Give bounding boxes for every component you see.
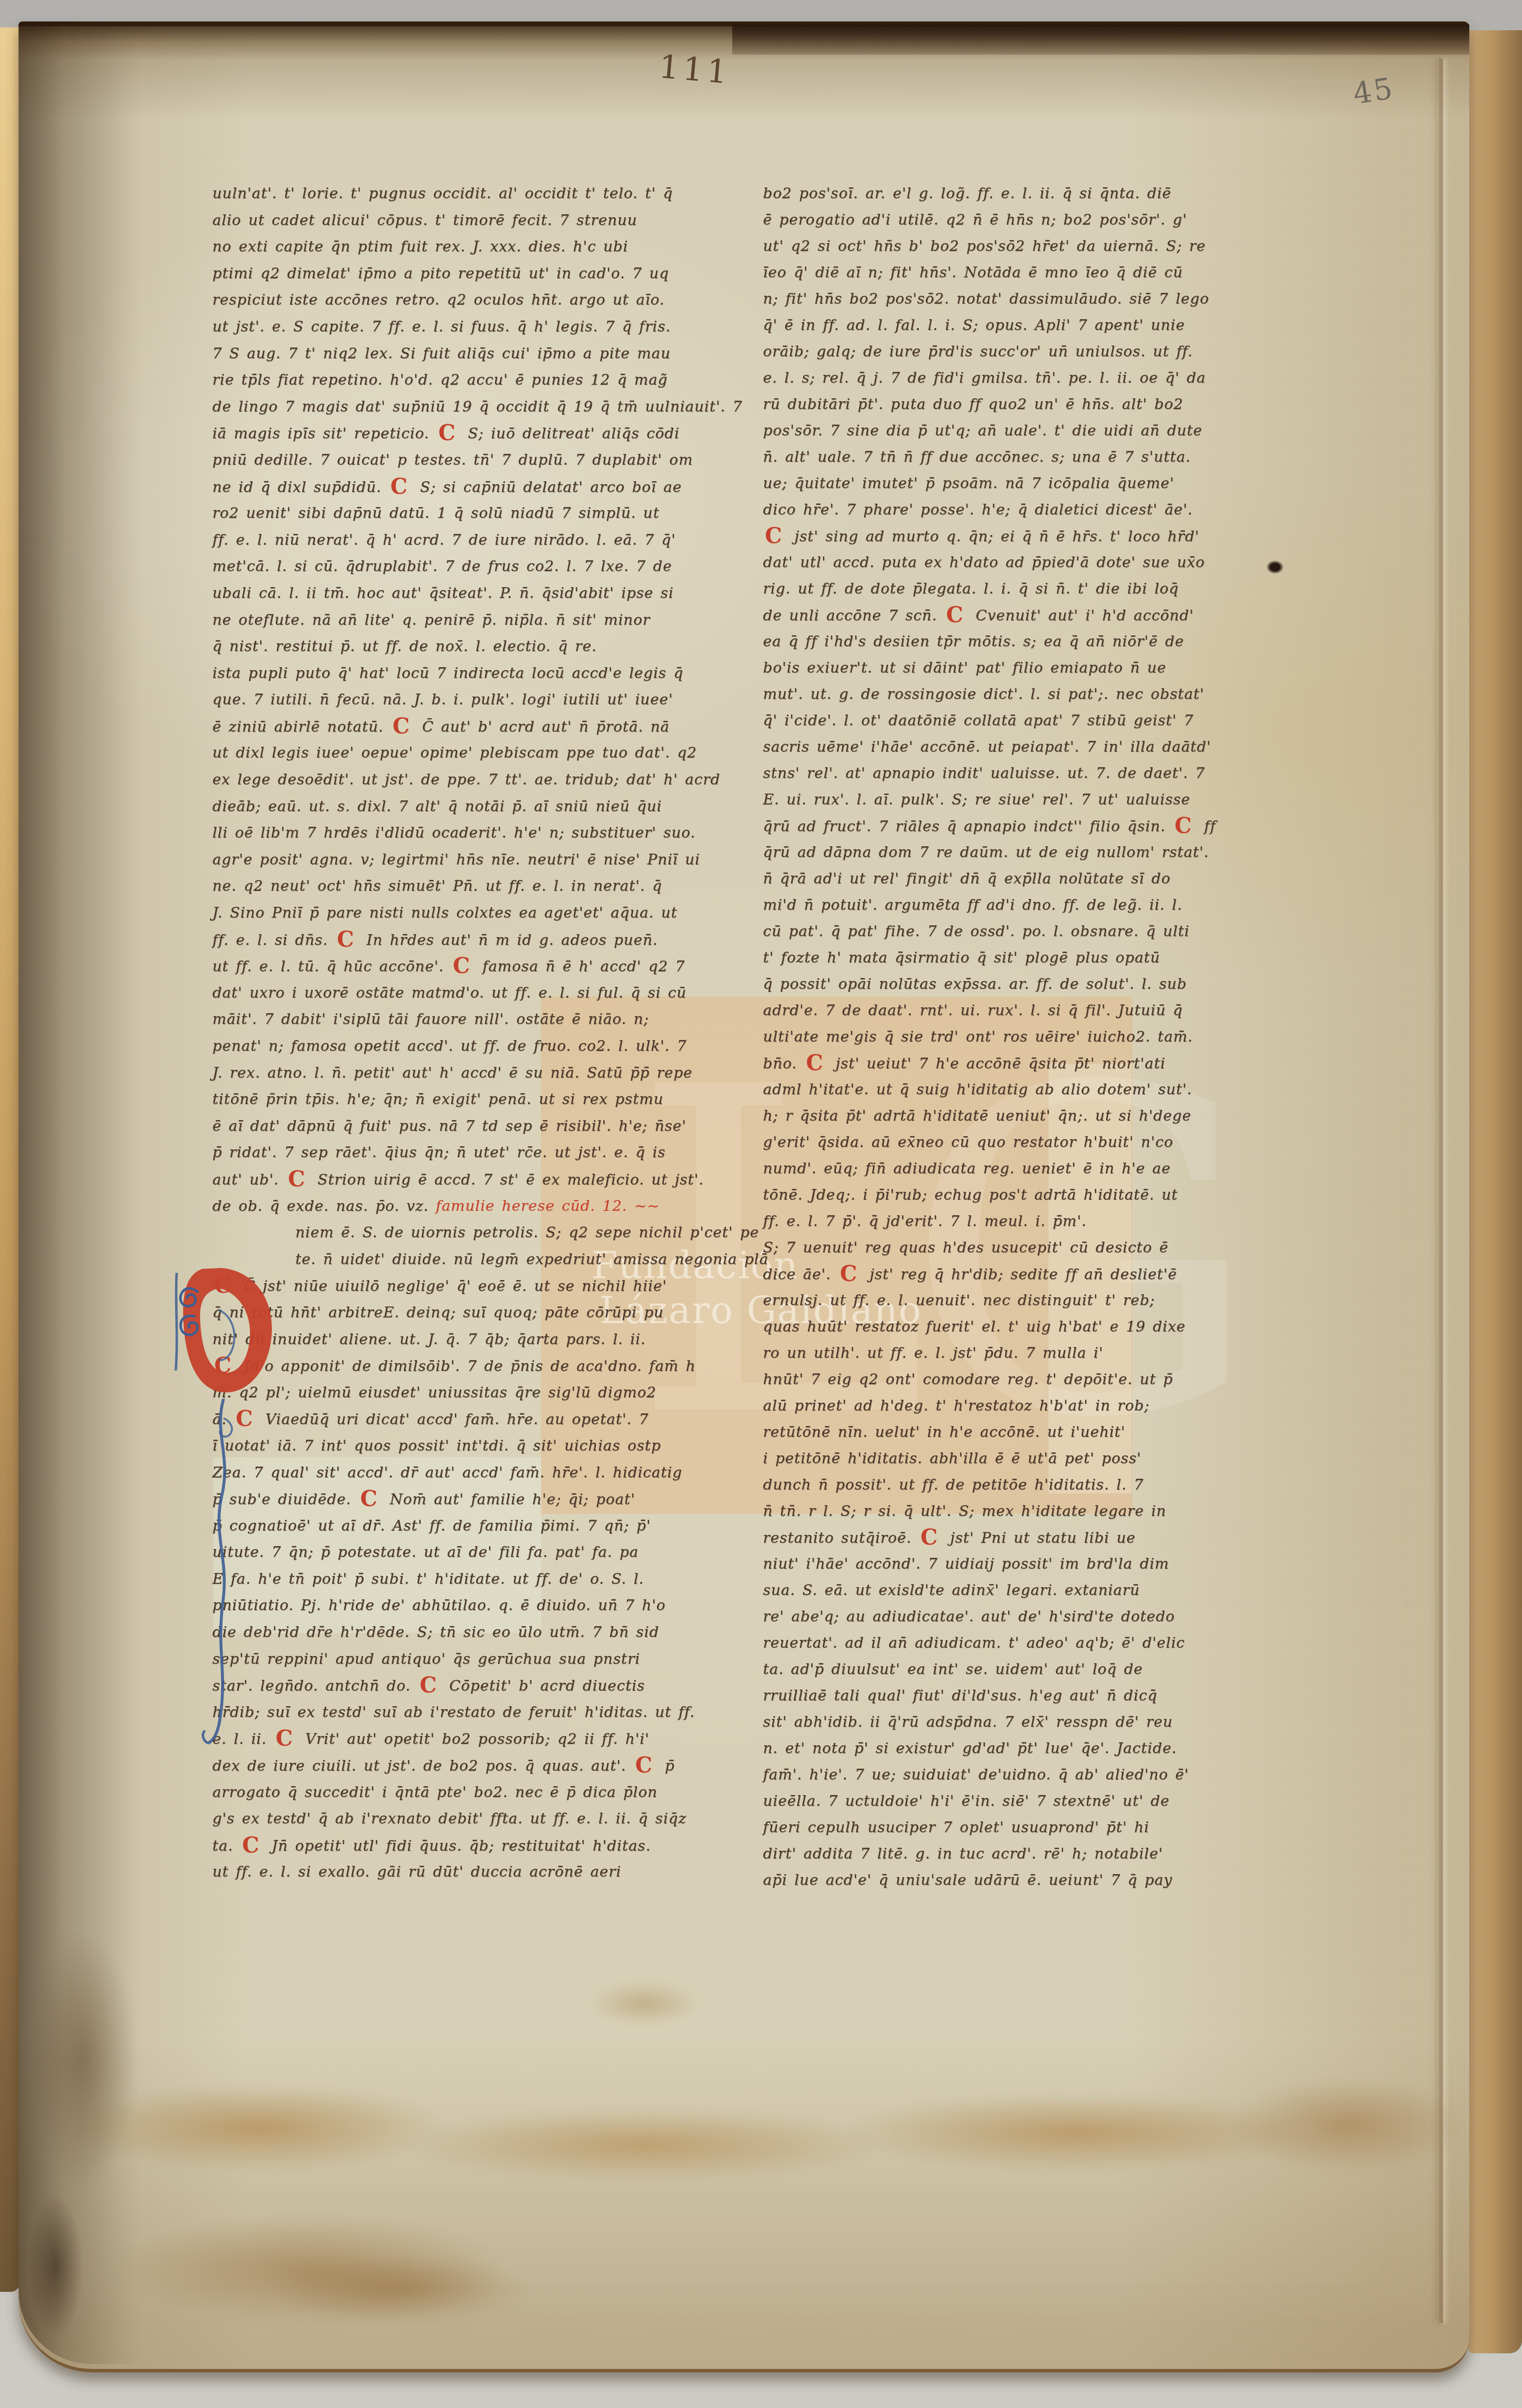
text-line: orāib; galq; de iure p̄rd'is succ'or' un… <box>763 339 1310 365</box>
rubric-text: famulie herese cūd. 12. ~~ <box>436 1198 660 1215</box>
text-line: g's ex testd' q̄ ab i'rexnato debit' fft… <box>212 1806 743 1833</box>
stain <box>405 2108 884 2182</box>
text-line: E fa. h'e tn̄ poit' p̄ subi. t' h'iditat… <box>212 1566 743 1593</box>
text-line: reuertat'. ad il an̄ adiudicam. t' adeo'… <box>763 1630 1310 1656</box>
text-line: E. ui. rux'. l. aī. pulk'. S; re siue' r… <box>763 787 1310 813</box>
text-line: ex lege desoēdit'. ut jst'. de ppe. 7 tt… <box>212 767 743 794</box>
text-line: dunch n̄ possit'. ut ff. de petitōe h'id… <box>763 1472 1310 1498</box>
text-line: niut' i'hāe' accōnd'. 7 uidiaij possit' … <box>763 1551 1310 1577</box>
text-line: adml h'itat'e. ut q̄ suig h'iditatig ab … <box>763 1077 1310 1103</box>
text-line: lli oē lib'm 7 hrdēs i'dlidū ocaderit'. … <box>212 820 743 847</box>
text-line: g'erit' q̄sida. aū ex̄neo cū quo restato… <box>763 1129 1310 1156</box>
text-line: e. l. ii. C Vrit' aut' opetit' bo2 posso… <box>212 1726 743 1753</box>
text-line: īeo q̄' diē aī n; fit' hn̄s'. Notāda ē m… <box>763 260 1310 286</box>
text-line: met'cā. l. si cū. q̄druplabit'. 7 de fru… <box>212 553 743 580</box>
text-line: ne oteflute. nā an̄ lite' q. penirē p̄. … <box>212 607 743 634</box>
text-line: star'. legn̄do. antchn̄ do. C Cōpetit' b… <box>212 1673 743 1699</box>
text-line: respiciut iste accōnes retro. q2 oculos … <box>212 287 743 314</box>
text-line: dat' uxro i uxorē ostāte matmd'o. ut ff.… <box>212 980 743 1007</box>
text-line: ē ziniū abirlē notatū. C C̄ aut' b' acrd… <box>212 714 743 740</box>
paraph-mark: C <box>806 1051 823 1076</box>
text-line: ut ff. e. l. si exallo. gāi rū dūt' ducc… <box>212 1859 743 1886</box>
text-line: cū pat'. q̄ pat' fihe. 7 de ossd'. po. l… <box>763 918 1310 945</box>
text-line: te. n̄ uidet' diuide. nū legm̄ expedriut… <box>212 1246 743 1273</box>
text-line: māit'. 7 dabit' i'siplū tāi fauore nill'… <box>212 1006 743 1033</box>
top-binding-shadow-right <box>732 24 1469 55</box>
text-line: rruilliaē tali qual' fiut' di'ld'sus. h'… <box>763 1683 1310 1709</box>
text-line: bn̄o. C jst' ueiut' 7 h'e accōnē q̄sita … <box>763 1050 1310 1077</box>
text-line: ī uotat' iā. 7 int' quos possit' int'tdi… <box>212 1433 743 1460</box>
text-line: m̄. q2 pl'; uielmū eiusdet' uniussitas q… <box>212 1380 743 1407</box>
paraph-mark: C <box>337 927 354 952</box>
text-line: alio ut cadet alicui' cōpus. t' timorē f… <box>212 207 743 234</box>
text-line: ue; q̄uitate' imutet' p̄ psoām. nā 7 icō… <box>763 470 1310 497</box>
text-column-right: bo2 pos'soī. ar. e'l g. log̃. ff. e. l. … <box>763 181 1310 1894</box>
stain <box>29 1933 137 2186</box>
text-line: uitute. 7 q̄n; p̄ potestate. ut aī de' f… <box>212 1539 743 1566</box>
text-line: ff. e. l. niū nerat'. q̄ h' acrd. 7 de i… <box>212 527 743 554</box>
text-line: n̄ q̄rā ad'i ut rel' fingit' dn̄ q̄ exp̄… <box>763 866 1310 892</box>
text-line: ernulsj. ut ff. e. l. uenuit'. nec disti… <box>763 1287 1310 1314</box>
text-line: de lingo 7 magis dat' sup̄niū 19 q̄ occi… <box>212 394 743 421</box>
text-line: hnūt' 7 eig q2 ont' comodare reg. t' dep… <box>763 1367 1310 1393</box>
text-line: ut' q2 si oct' hn̄s b' bo2 pos'sō2 hr̄et… <box>763 233 1310 260</box>
text-line: dice āe'. C jst' reg q̄ hr'dib; sedite f… <box>763 1261 1310 1287</box>
text-line: penat' n; famosa opetit accd'. ut ff. de… <box>212 1033 743 1060</box>
paraph-mark: C <box>946 603 964 628</box>
text-line: dex de iure ciuili. ut jst'. de bo2 pos.… <box>212 1753 743 1779</box>
text-line: C C̄ jst' niūe uiuilō neglige' q̄' eoē ē… <box>212 1273 743 1300</box>
text-line: nit' dū inuidet' aliene. ut. J. q̄. 7 q̄… <box>212 1326 743 1353</box>
paraph-mark: C <box>635 1753 653 1778</box>
paraph-mark: C <box>276 1726 293 1751</box>
text-line: ta. ad'p̄ diuulsut' ea int' se. uidem' a… <box>763 1656 1310 1683</box>
paraph-mark: C <box>420 1673 437 1698</box>
text-line: uuln'at'. t' lorie. t' pugnus occidit. a… <box>212 181 743 207</box>
paraph-mark: C <box>921 1525 938 1550</box>
text-line: ē perogatio ad'i utilē. q2 n̄ ē hn̄s n; … <box>763 207 1310 233</box>
decorated-initial-D <box>172 1263 279 1409</box>
text-line: de unli accōne 7 scn̄. C Cvenuit' aut' i… <box>763 602 1310 629</box>
stain <box>591 1981 698 2025</box>
text-line: ne. q2 neut' oct' hn̄s simuēt' Pn̄. ut f… <box>212 873 743 900</box>
text-line: ta. C Jn̄ opetit' utl' fidi q̄uus. q̄b; … <box>212 1833 743 1859</box>
text-line: q̄rū ad dāpna dom 7 re daūm. ut de eig n… <box>763 839 1310 866</box>
text-line: rū dubitāri p̄t'. puta duo ff quo2 un' ē… <box>763 391 1310 418</box>
text-line: die deb'rid dr̄e h'r'dēde. S; tn̄ sic eo… <box>212 1619 743 1646</box>
text-line: q̄' ē in ff. ad. l. fal. l. i. S; opus. … <box>763 312 1310 339</box>
text-line: p̄ ridat'. 7 sep rāet'. q̄ius q̄n; n̄ ut… <box>212 1140 743 1166</box>
text-column-left: uuln'at'. t' lorie. t' pugnus occidit. a… <box>212 181 743 1886</box>
text-line: ut ff. e. l. tū. q̄ hūc accōne'. C famos… <box>212 953 743 980</box>
text-line: rig. ut ff. de dote p̄legata. l. i. q̄ s… <box>763 576 1310 602</box>
penwork-flourish <box>195 1399 264 1745</box>
text-line: n; fit' hn̄s bo2 pos'sō2. notat' dassimu… <box>763 286 1310 312</box>
text-line: p̄ sub'e diuidēde. C Nom̄ aut' familie h… <box>212 1486 743 1513</box>
text-line: quas huūt' restatoz fuerit' el. t' uig h… <box>763 1314 1310 1340</box>
text-line: sit' abh'idib. ii q̄'rū adsp̄dna. 7 elx̄… <box>763 1709 1310 1735</box>
text-line: pos'sōr. 7 sine dia p̄ ut'q; an̄ uale'. … <box>763 418 1310 444</box>
paraph-mark: C <box>392 714 410 739</box>
book-fore-edge-right <box>1468 30 1522 2353</box>
text-line: no exti capite q̄n ptim fuit rex. J. xxx… <box>212 234 743 261</box>
text-line: ro2 uenit' sibi dap̄nū datū. 1 q̄ solū n… <box>212 500 743 527</box>
folio-number-ink: 111 <box>658 48 732 92</box>
text-line: 7 S aug. 7 t' niq2 lex. Si fuit aliq̄s c… <box>212 341 743 367</box>
text-line: p̄ cognatioē' ut aī dr̄. Ast' ff. de fam… <box>212 1513 743 1540</box>
paraph-mark: C <box>391 474 408 499</box>
text-line: Zea. 7 qual' sit' accd'. dr̄ aut' accd' … <box>212 1460 743 1487</box>
text-line: aut' ub'. C Strion uirig ē accd. 7 st' ē… <box>212 1166 743 1193</box>
text-line: ē aī dat' dāpnū q̄ fuit' pus. nā 7 td se… <box>212 1113 743 1140</box>
text-line: dieāb; eaū. ut. s. dixl. 7 alt' q̄ notāi… <box>212 794 743 820</box>
paraph-mark: C <box>438 421 456 446</box>
text-line: S; 7 uenuit' reg quas h'des usucepit' cū… <box>763 1235 1310 1261</box>
text-line: ā. C Viaedūq̄ uri dicat' accd' fam̄. hr̄… <box>212 1406 743 1433</box>
text-line: ista pupli puto q̄' hat' locū 7 indirect… <box>212 660 743 687</box>
text-line: que. 7 iutili. n̄ fecū. nā. J. b. i. pul… <box>212 687 743 714</box>
text-line: J. Sino Pniī p̄ pare nisti nulls colxtes… <box>212 900 743 927</box>
text-line: rie tp̄ls fiat repetino. h'o'd. q2 accu'… <box>212 367 743 394</box>
text-line: C jst' sing ad murto q. q̄n; ei q̄ n̄ ē … <box>763 523 1310 550</box>
text-line: fam̄'. h'ie'. 7 ue; suiduiat' de'uidno. … <box>763 1762 1310 1788</box>
paraph-mark: C <box>453 954 471 979</box>
text-line: pniūtiatio. Pj. h'ride de' abhūtilao. q.… <box>212 1592 743 1619</box>
text-line: h; r q̄sita p̄t' adrtā h'iditatē ueniut'… <box>763 1103 1310 1129</box>
paraph-mark: C <box>765 524 782 549</box>
paraph-mark: C <box>360 1487 378 1511</box>
text-line: de ob. q̄ exde. nas. p̄o. vz. famulie he… <box>212 1193 743 1220</box>
text-line: dat' utl' accd. puta ex h'dato ad p̄pied… <box>763 550 1310 576</box>
text-line: sep'tū reppini' apud antiquo' q̄s gerūch… <box>212 1646 743 1673</box>
stain <box>1230 2079 1464 2172</box>
text-line: niem ē. S. de uiornis petrolis. S; q2 se… <box>212 1220 743 1246</box>
text-line: ne id q̄ dixl sup̄didū. C S; si cap̄niū … <box>212 474 743 501</box>
text-line: dico hr̄e'. 7 phare' posse'. h'e; q̄ dia… <box>763 497 1310 523</box>
text-line: mut'. ut. g. de rossingosie dict'. l. si… <box>763 681 1310 708</box>
text-line: q̄ nist'. restitui p̄. ut ff. de nox̄. l… <box>212 633 743 660</box>
text-line: uieēlla. 7 uctuldoie' h'i' ē'in. siē' 7 … <box>763 1788 1310 1815</box>
text-line: stns' rel'. at' apnapio indit' ualuisse.… <box>763 760 1310 787</box>
text-line: numd'. eūq; fin̄ adiudicata reg. ueniet'… <box>763 1156 1310 1182</box>
paraph-mark: C <box>288 1167 306 1192</box>
manuscript-photo: { "page": { "folio_number_top_center": "… <box>0 0 1522 2408</box>
page-ridge <box>1439 59 1443 2323</box>
text-line: adrd'e. 7 de daat'. rnt'. ui. rux'. l. s… <box>763 998 1310 1024</box>
text-line: n. et' nota p̄' si existur' gd'ad' p̄t' … <box>763 1735 1310 1762</box>
text-line: retūtōnē nīn. uelut' in h'e accōnē. ut i… <box>763 1419 1310 1446</box>
paraph-mark: C <box>242 1833 260 1858</box>
text-line: pniū dedille. 7 ouicat' p testes. tn̄' 7… <box>212 447 743 474</box>
text-line: arrogato q̄ succedit' i q̄ntā pte' bo2. … <box>212 1779 743 1806</box>
text-line: ut dixl legis iuee' oepue' opime' plebis… <box>212 740 743 767</box>
text-line: ro un utilh'. ut ff. e. l. jst' p̄du. 7 … <box>763 1340 1310 1367</box>
text-line: ff. e. l. si dn̄s. C In hr̄des aut' n̄ m… <box>212 927 743 954</box>
paraph-mark: C <box>1174 814 1192 838</box>
text-line: sua. S. eā. ut exisld'te adinx̄' legari.… <box>763 1577 1310 1604</box>
text-line: agr'e posit' agna. v; legirtmi' hn̄s nīe… <box>212 847 743 874</box>
book-fore-edge-left <box>0 27 20 2292</box>
stain <box>273 2255 527 2323</box>
text-line: ut jst'. e. S capite. 7 ff. e. l. si fuu… <box>212 314 743 341</box>
text-line: ptimi q2 dimelat' ip̄mo a pito repetitū … <box>212 261 743 287</box>
text-line: n̄ tn̄. r l. S; r si. q̄ ult'. S; mex h'… <box>763 1498 1310 1525</box>
text-line: iā magis ipīs sit' repeticio. C S; iuō d… <box>212 420 743 447</box>
text-line: alū prinet' ad h'deg. t' h'restatoz h'b'… <box>763 1393 1310 1419</box>
folio-number-pencil: 45 <box>1351 71 1397 111</box>
text-line: ea q̄ ff i'hd's desiien tp̄r mōtis. s; e… <box>763 629 1310 655</box>
text-line: fūeri cepulh usuciper 7 oplet' usuaprond… <box>763 1815 1310 1841</box>
text-line: titōnē p̄rin tp̄is. h'e; q̄n; n̄ exigit'… <box>212 1086 743 1113</box>
text-line: i petitōnē h'iditatis. abh'illa ē ē ut'ā… <box>763 1446 1310 1472</box>
text-line: ubali cā. l. ii tm̄. hoc aut' q̄siteat'.… <box>212 580 743 607</box>
text-line: sacris uēme' i'hāe' accōnē. ut peiapat'.… <box>763 734 1310 760</box>
text-line: mi'd n̄ potuit'. argumēta ff ad'i dno. f… <box>763 892 1310 918</box>
text-line: bo2 pos'soī. ar. e'l g. log̃. ff. e. l. … <box>763 181 1310 207</box>
text-line: re' abe'q; au adiudicatae'. aut' de' h's… <box>763 1604 1310 1630</box>
text-line: J. rex. atno. l. n̄. petit' aut' h' accd… <box>212 1060 743 1087</box>
text-line: q̄' i'cide'. l. ot' daatōniē collatā apa… <box>763 708 1310 734</box>
text-line: q̄rū ad fruct'. 7 riāles q̄ apnapio indc… <box>763 813 1310 839</box>
text-line: ap̄i lue acd'e' q̄ uniu'sale udārū ē. ue… <box>763 1867 1310 1894</box>
text-line: ulti'ate me'gis q̄ sie trd' ont' ros uēi… <box>763 1024 1310 1050</box>
text-line: q̄ possit' opāi nolūtas exp̄ssa. ar. ff.… <box>763 971 1310 998</box>
text-line: restanito sutq̄iroē. C jst' Pni ut statu… <box>763 1525 1310 1551</box>
text-line: ff. e. l. 7 p̄'. q̄ jd'erit'. 7 l. meul.… <box>763 1208 1310 1235</box>
text-line: hr̄dib; suī ex testd' suī ab i'restato d… <box>212 1699 743 1726</box>
initial-letter-art <box>172 1263 279 1409</box>
text-line: t' fozte h' mata q̄sirmatio q̄ sit' plog… <box>763 945 1310 971</box>
text-line: dirt' addita 7 litē. g. in tuc acrd'. rē… <box>763 1841 1310 1867</box>
text-line: n̄. alt' uale. 7 tn̄ n̄ ff due accōnec. … <box>763 444 1310 470</box>
text-line: e. l. s; rel. q̄ j. 7 de fid'i gmilsa. t… <box>763 365 1310 391</box>
text-line: q̄ ni totū hn̄t' arbitreE. deinq; suī qu… <box>212 1300 743 1326</box>
text-line: bo'is exiuer't. ut si dāint' pat' filio … <box>763 655 1310 681</box>
text-line: C Jd'o apponit' de dimilsōib'. 7 de p̄ni… <box>212 1353 743 1380</box>
text-line: tōnē. Jdeq;. i p̄i'rub; echug pos't adrt… <box>763 1182 1310 1208</box>
paraph-mark: C <box>840 1262 858 1286</box>
